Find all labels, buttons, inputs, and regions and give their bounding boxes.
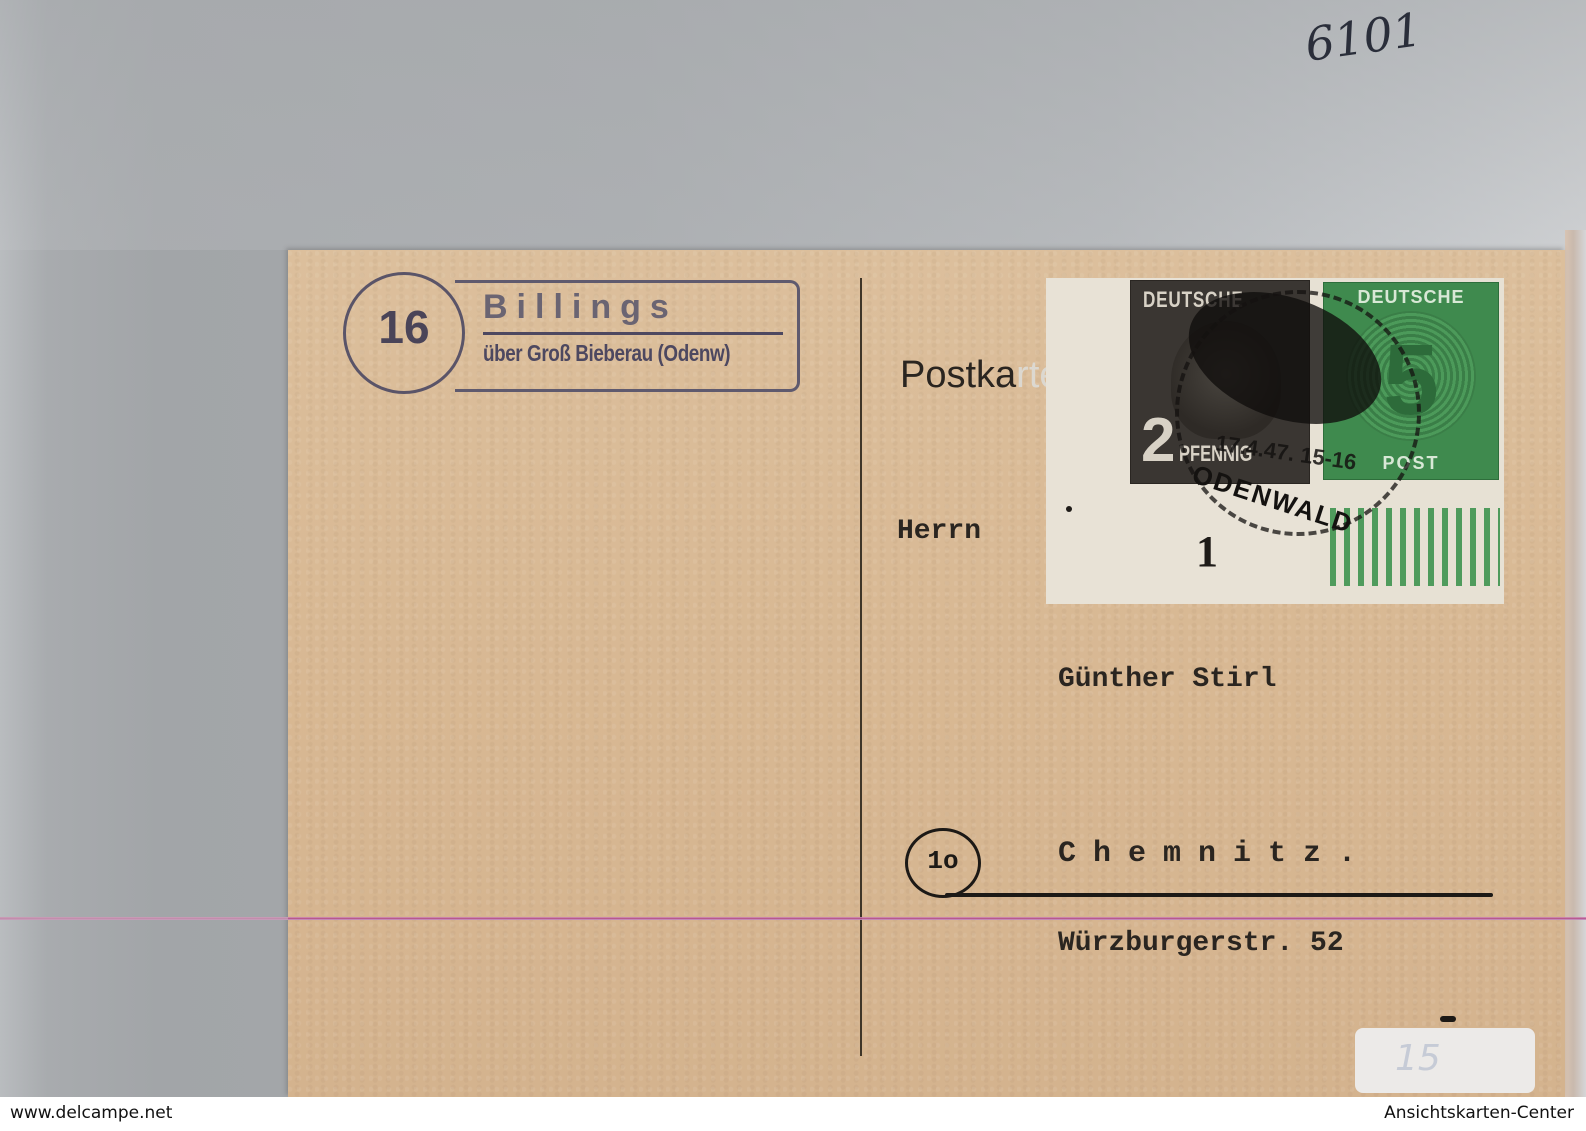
ink-speck [1440,1016,1456,1022]
card-title: Postkarte [900,354,1061,397]
origin-place: Billings [483,288,678,327]
postmark: 17.4.47. 15-16 ODENWALD [1175,290,1425,540]
sleeve-edge [1565,230,1586,1097]
card-divider-line [860,278,862,1056]
origin-cancellation-stamp: 16 Billings über Groß Bieberau (Odenw) [343,272,803,392]
origin-via: über Groß Bieberau (Odenw) [483,340,730,367]
scan-artifact-line-left [0,917,288,920]
recipient-name: Günther Stirl [1058,664,1276,695]
street-address: Würzburgerstr. 52 [1058,928,1344,959]
city-underline [945,893,1493,897]
margin-dot [1066,506,1072,512]
footer-watermark-left: www.delcampe.net [10,1103,172,1123]
footer-bar: www.delcampe.net Ansichtskarten-Center [0,1097,1586,1131]
stamp-value: 2 [1141,405,1175,476]
card-title-visible: Postka [900,354,1016,396]
postal-code: 1o [908,846,978,876]
postal-code-circle: 1o [905,828,981,898]
price-sticker-text: 15 [1395,1038,1441,1079]
origin-stamp-rule [483,332,783,335]
district-number: 16 [343,300,465,354]
price-sticker: 15 [1355,1028,1535,1093]
salutation: Herrn [897,516,981,547]
city: Chemnitz. [1058,837,1373,871]
footer-watermark-right: Ansichtskarten-Center [1384,1103,1574,1123]
